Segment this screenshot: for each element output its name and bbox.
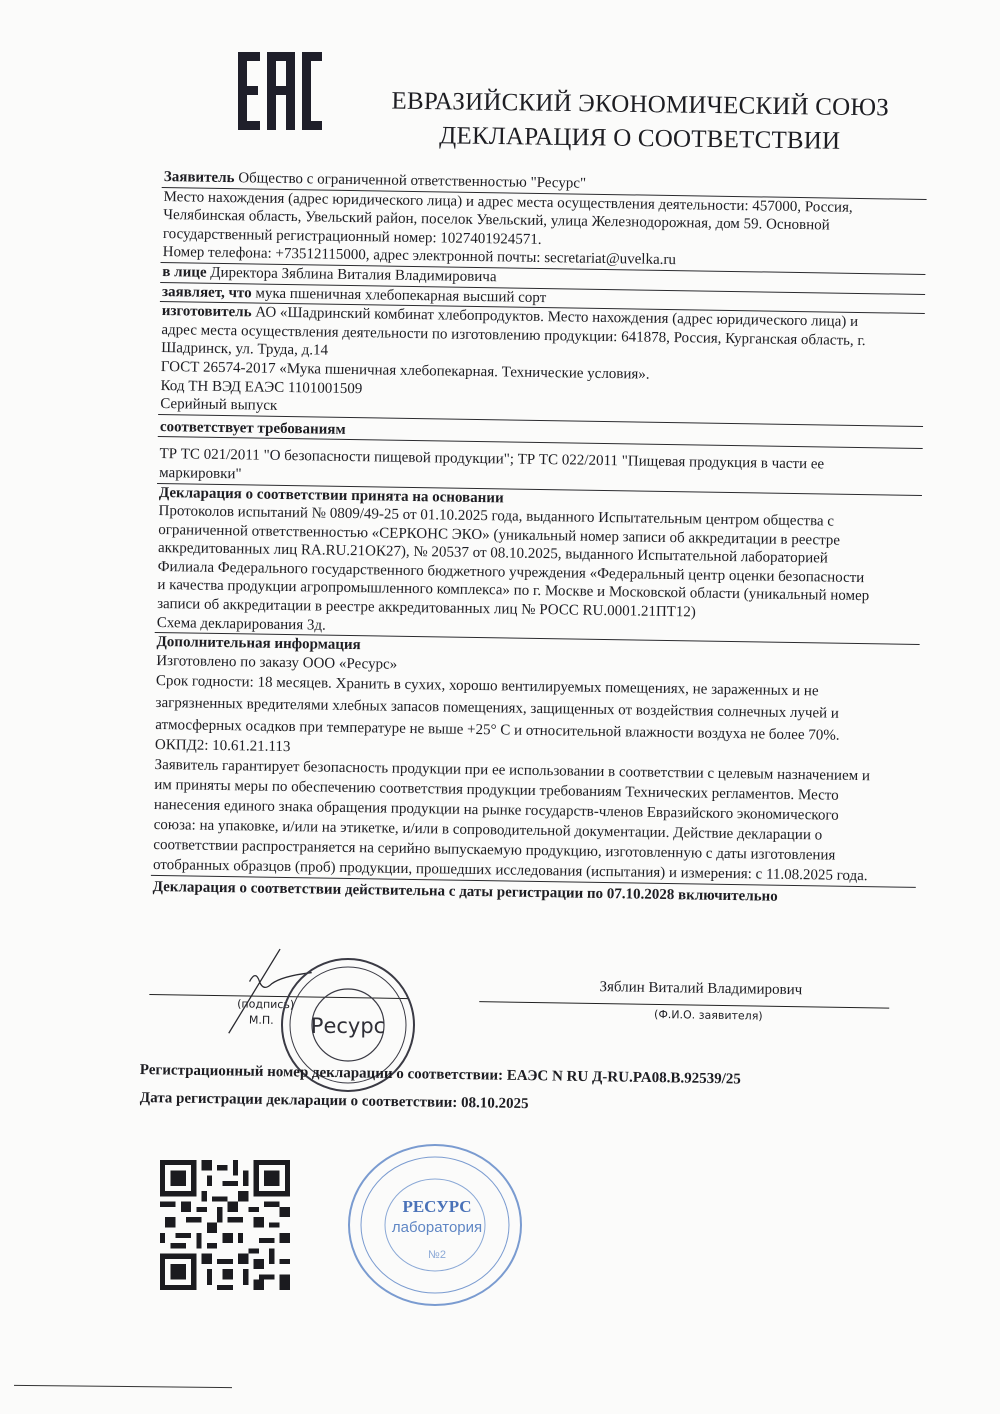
eac-logo-icon — [236, 52, 322, 130]
registration-number: Регистрационный номер декларации о соотв… — [140, 1062, 741, 1088]
declaration-body: Заявитель Общество с ограниченной ответс… — [151, 168, 927, 910]
svg-text:№2: №2 — [428, 1249, 446, 1261]
document-header: ЕВРАЗИЙСКИЙ ЭКОНОМИЧЕСКИЙ СОЮЗ ДЕКЛАРАЦИ… — [380, 84, 901, 159]
svg-text:РЕСУРС: РЕСУРС — [402, 1197, 471, 1216]
qr-code-icon — [160, 1160, 290, 1290]
svg-text:Ресурс: Ресурс — [311, 1014, 385, 1038]
registration-date: Дата регистрации декларации о соответств… — [140, 1090, 529, 1113]
svg-text:лаборатория: лаборатория — [392, 1219, 482, 1236]
applicant-name: Зяблин Виталий Владимирович — [599, 979, 802, 999]
name-caption: (Ф.И.О. заявителя) — [654, 1008, 763, 1023]
declaration-page: ЕВРАЗИЙСКИЙ ЭКОНОМИЧЕСКИЙ СОЮЗ ДЕКЛАРАЦИ… — [0, 0, 1000, 1414]
seal-caption: М.П. — [249, 1014, 274, 1027]
document-title: ДЕКЛАРАЦИЯ О СООТВЕТСТВИИ — [380, 118, 900, 159]
bottom-rule — [14, 1385, 232, 1388]
signature-area: (подпись) М.П. Зяблин Виталий Владимиров… — [149, 952, 920, 1054]
lab-seal-icon: РЕСУРС лаборатория №2 — [345, 1140, 525, 1310]
